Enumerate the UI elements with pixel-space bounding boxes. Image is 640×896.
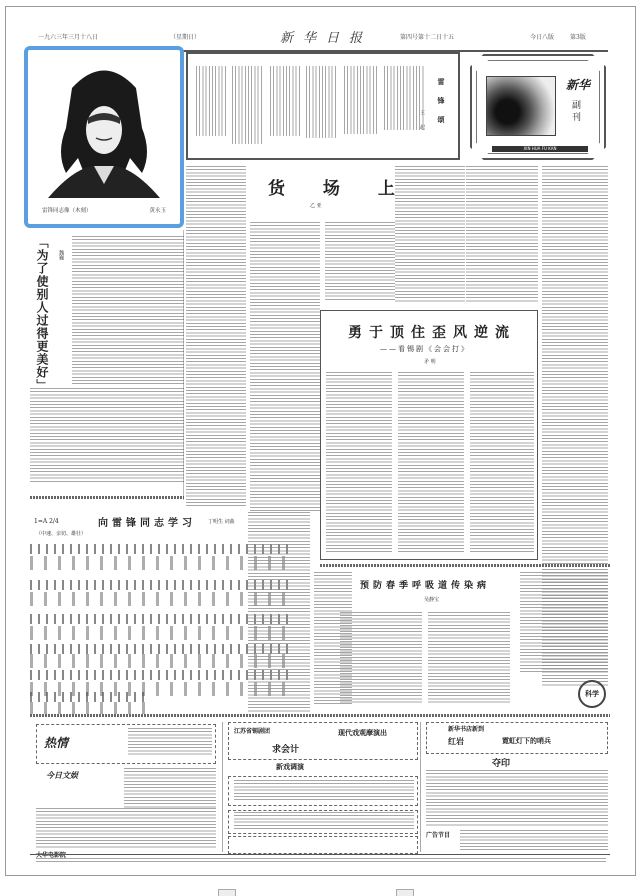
drama-title: 勇于顶住歪风逆流 <box>348 322 516 342</box>
ad-title: 霓虹灯下的哨兵 <box>502 736 551 746</box>
side-headline: 「为了使别人过得更美好」 <box>34 236 51 392</box>
page-number: 第3版 <box>570 32 586 41</box>
poem-title: 雷锋颂 <box>436 78 446 135</box>
article-text <box>250 222 320 512</box>
poem-box: 雷锋颂 王 起 <box>186 52 460 160</box>
ad-text <box>234 812 414 830</box>
article-text <box>186 166 246 506</box>
poem-text <box>344 66 378 134</box>
market-title: 货 场 上 <box>268 174 411 199</box>
article-text <box>30 388 184 482</box>
column-rule <box>420 722 421 852</box>
article-text <box>72 236 184 386</box>
ad-title: 今日文娱 <box>46 770 78 781</box>
divider <box>320 564 610 567</box>
ad-title: 夺印 <box>492 756 510 769</box>
divider <box>30 496 184 499</box>
ad-text <box>36 808 216 848</box>
ad-text <box>234 780 414 802</box>
ad-title: 江苏省锡剧团 <box>234 726 270 735</box>
health-author: 吴静宝 <box>424 596 439 603</box>
prev-page-tab[interactable] <box>218 889 236 896</box>
poem-text <box>384 66 424 130</box>
portrait-icon <box>42 58 166 198</box>
portrait-caption: 雷锋同志像（木刻） <box>42 206 92 214</box>
poem-text <box>270 66 300 136</box>
article-text <box>428 612 510 704</box>
portrait-woodcut[interactable]: 雷锋同志像（木刻） 黄永玉 <box>24 46 184 228</box>
column-rule <box>183 230 184 500</box>
footer-text <box>36 858 606 862</box>
ad-title: 红岩 <box>448 736 464 747</box>
article-text <box>325 222 395 302</box>
article-text <box>470 372 534 554</box>
column-rule <box>222 722 223 852</box>
supplement-title: 新华 <box>566 76 590 93</box>
song-key: 1=A 2/4 <box>34 518 59 525</box>
supplement-subtitle: 副刊 <box>572 100 586 124</box>
ad-title: 热情 <box>44 734 68 751</box>
supplement-photo <box>486 76 556 136</box>
article-text <box>398 372 464 554</box>
portrait-artist: 黄永玉 <box>149 206 166 214</box>
article-text <box>326 372 392 554</box>
paper-title: 新华日报 <box>280 27 372 46</box>
drama-subtitle: ——看锡剧《会会打》 <box>380 344 470 354</box>
ad-title: 求会计 <box>272 742 299 755</box>
ad-text <box>128 728 212 756</box>
market-author: 乙 亚 <box>310 202 322 209</box>
song-title: 向雷锋同志学习 <box>98 514 196 529</box>
health-title: 预防春季呼吸道传染病 <box>360 578 490 591</box>
side-author: 魏巍 <box>58 250 65 260</box>
ad-text <box>460 830 608 852</box>
supplement-logo: 新华 副刊 XIN HUA FU KAN <box>470 54 606 160</box>
ad-title: 新戏调演 <box>276 762 304 772</box>
ads-divider <box>30 714 610 717</box>
article-text <box>520 572 608 672</box>
drama-author: 矛 明 <box>424 358 436 365</box>
next-page-tab[interactable] <box>396 889 414 896</box>
poem-text <box>196 66 226 136</box>
ad-title: 新华书店新到 <box>448 724 484 733</box>
issue-number: 第四号第十二日十五 <box>400 32 454 41</box>
song-credits: 丁明生 词曲 <box>208 518 235 525</box>
ad-block <box>228 836 418 854</box>
song-tempo: （中速、亲切、雄壮） <box>36 530 86 537</box>
article-text <box>340 612 422 704</box>
article-text <box>248 512 310 712</box>
page-count: 今日八版 <box>530 32 554 41</box>
masthead: 一九六三年三月十八日 （星期日） 新华日报 第四号第十二日十五 今日八版 第3版 <box>30 28 610 48</box>
poem-text <box>232 66 264 144</box>
science-stamp-icon: 科学 <box>578 680 606 708</box>
supplement-romanized: XIN HUA FU KAN <box>492 146 588 152</box>
ad-title: 现代戏观摩演出 <box>338 728 387 738</box>
ad-text <box>124 768 216 808</box>
footer-rule <box>30 854 610 855</box>
article-text <box>395 166 465 302</box>
ad-text <box>426 770 608 826</box>
date: 一九六三年三月十八日 <box>38 32 98 41</box>
article-text <box>466 166 538 302</box>
weekday: （星期日） <box>170 32 200 41</box>
ad-title: 广告节目 <box>426 830 450 839</box>
poem-text <box>306 66 338 138</box>
